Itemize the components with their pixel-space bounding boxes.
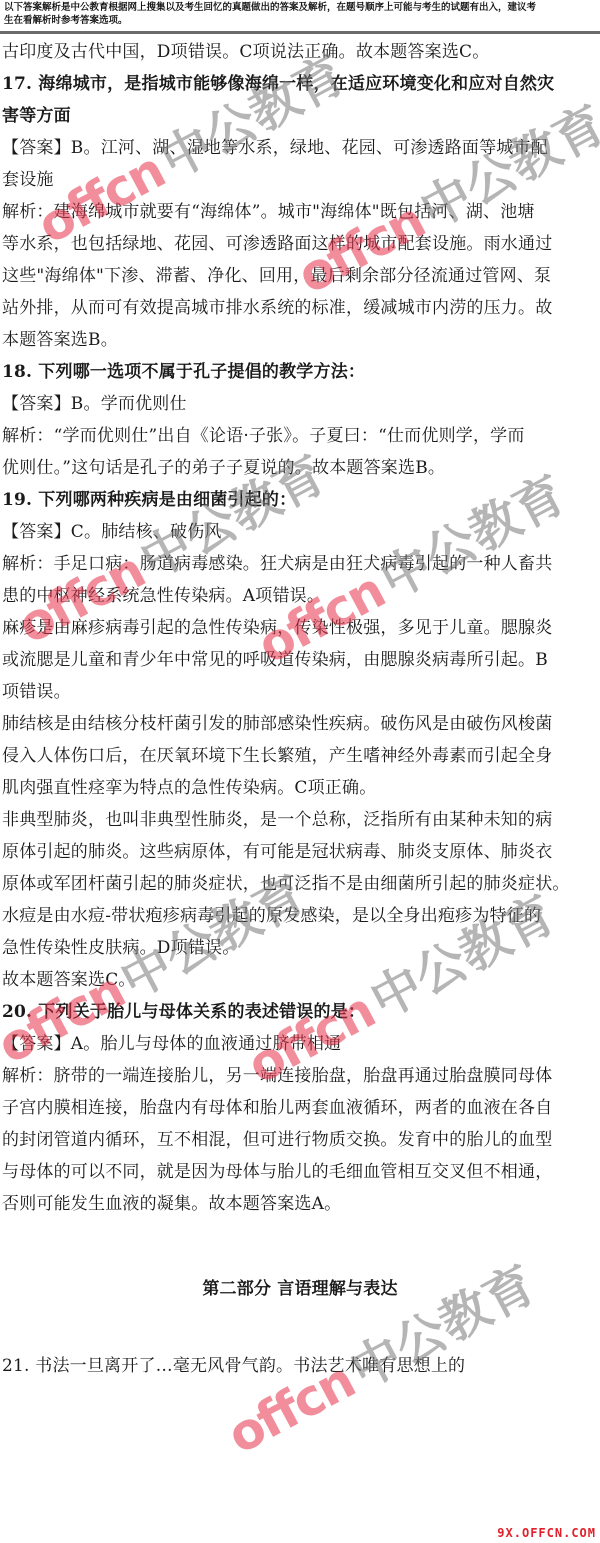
explanation-17: 解析：建海绵城市就要有“海绵体”。城市"海绵体"既包括河、湖、池塘 bbox=[2, 196, 598, 228]
disclaimer-header: 以下答案解析是中公教育根据网上搜集以及考生回忆的真题做出的答案及解析，在题号顺序… bbox=[4, 1, 596, 27]
spacer bbox=[2, 1305, 598, 1350]
question-18: 18. 下列哪一选项不属于孔子提倡的教学方法： bbox=[2, 356, 598, 388]
explanation-17: 这些"海绵体"下渗、滞蓄、净化、回用，最后剩余部分径流通过管网、泵 bbox=[2, 260, 598, 292]
spacer bbox=[2, 1220, 598, 1273]
explanation-17: 本题答案选B。 bbox=[2, 324, 598, 356]
disclaimer-line-2: 生在看解析时参考答案选项。 bbox=[4, 14, 596, 27]
question-17-cont: 害等方面 bbox=[2, 100, 598, 132]
explanation-19: 水痘是由水痘-带状疱疹病毒引起的原发感染，是以全身出疱疹为特征的 bbox=[2, 900, 598, 932]
explanation-19: 或流腮是儿童和青少年中常见的呼吸道传染病，由腮腺炎病毒所引起。B bbox=[2, 644, 598, 676]
question-21: 21. 书法一旦离开了…毫无风骨气韵。书法艺术唯有思想上的 bbox=[2, 1350, 598, 1382]
explanation-17: 站外排，从而可有效提高城市排水系统的标准，缓减城市内涝的压力。故 bbox=[2, 292, 598, 324]
header-divider bbox=[0, 31, 600, 34]
explanation-20: 与母体的可以不同，就是因为母体与胎儿的毛细血管相互交叉但不相通， bbox=[2, 1156, 598, 1188]
continued-explanation: 古印度及古代中国，D项错误。C项说法正确。故本题答案选C。 bbox=[2, 36, 598, 68]
explanation-20: 解析：脐带的一端连接胎儿，另一端连接胎盘，胎盘再通过胎盘膜同母体 bbox=[2, 1060, 598, 1092]
explanation-20: 子宫内膜相连接，胎盘内有母体和胎儿两套血液循环，两者的血液在各自 bbox=[2, 1092, 598, 1124]
explanation-19: 麻疹是由麻疹病毒引起的急性传染病，传染性极强，多见于儿童。腮腺炎 bbox=[2, 612, 598, 644]
explanation-17: 等水系，也包括绿地、花园、可渗透路面这样的城市配套设施。雨水通过 bbox=[2, 228, 598, 260]
explanation-19: 侵入人体伤口后，在厌氧环境下生长繁殖，产生嗜神经外毒素而引起全身 bbox=[2, 740, 598, 772]
explanation-19: 急性传染性皮肤病。D项错误。 bbox=[2, 932, 598, 964]
answer-20: 【答案】A。胎儿与母体的血液通过脐带相通 bbox=[2, 1028, 598, 1060]
explanation-18: 解析：“学而优则仕”出自《论语·子张》。子夏曰：“仕而优则学，学而 bbox=[2, 420, 598, 452]
explanation-19-conclusion: 故本题答案选C。 bbox=[2, 964, 598, 996]
answer-document: 古印度及古代中国，D项错误。C项说法正确。故本题答案选C。 17. 海绵城市，是… bbox=[2, 36, 598, 1382]
explanation-19: 肺结核是由结核分枝杆菌引发的肺部感染性疾病。破伤风是由破伤风梭菌 bbox=[2, 708, 598, 740]
explanation-20: 的封闭管道内循环，互不相混，但可进行物质交换。发育中的胎儿的血型 bbox=[2, 1124, 598, 1156]
explanation-19: 肌肉强直性痉挛为特点的急性传染病。C项正确。 bbox=[2, 772, 598, 804]
answer-17-cont: 套设施 bbox=[2, 164, 598, 196]
explanation-20: 否则可能发生血液的凝集。故本题答案选A。 bbox=[2, 1188, 598, 1220]
answer-18: 【答案】B。学而优则仕 bbox=[2, 388, 598, 420]
explanation-19: 患的中枢神经系统急性传染病。A项错误。 bbox=[2, 580, 598, 612]
explanation-19: 项错误。 bbox=[2, 676, 598, 708]
section-title: 第二部分 言语理解与表达 bbox=[2, 1273, 598, 1305]
site-watermark: 9X.OFFCN.COM bbox=[493, 1525, 600, 1541]
explanation-19: 解析：手足口病：肠道病毒感染。狂犬病是由狂犬病毒引起的一种人畜共 bbox=[2, 548, 598, 580]
explanation-19: 原体或军团杆菌引起的肺炎症状，也可泛指不是由细菌所引起的肺炎症状。 bbox=[2, 868, 598, 900]
explanation-19: 原体引起的肺炎。这些病原体，有可能是冠状病毒、肺炎支原体、肺炎衣 bbox=[2, 836, 598, 868]
question-19: 19. 下列哪两种疾病是由细菌引起的： bbox=[2, 484, 598, 516]
question-20: 20. 下列关于胎儿与母体关系的表述错误的是： bbox=[2, 996, 598, 1028]
answer-19: 【答案】C。肺结核、破伤风 bbox=[2, 516, 598, 548]
disclaimer-line-1: 以下答案解析是中公教育根据网上搜集以及考生回忆的真题做出的答案及解析，在题号顺序… bbox=[4, 1, 596, 14]
answer-17: 【答案】B。江河、湖、湿地等水系，绿地、花园、可渗透路面等城市配 bbox=[2, 132, 598, 164]
explanation-18: 优则仕。”这句话是孔子的弟子子夏说的。故本题答案选B。 bbox=[2, 452, 598, 484]
explanation-19: 非典型肺炎，也叫非典型性肺炎，是一个总称，泛指所有由某种未知的病 bbox=[2, 804, 598, 836]
question-17: 17. 海绵城市，是指城市能够像海绵一样，在适应环境变化和应对自然灾 bbox=[2, 68, 598, 100]
